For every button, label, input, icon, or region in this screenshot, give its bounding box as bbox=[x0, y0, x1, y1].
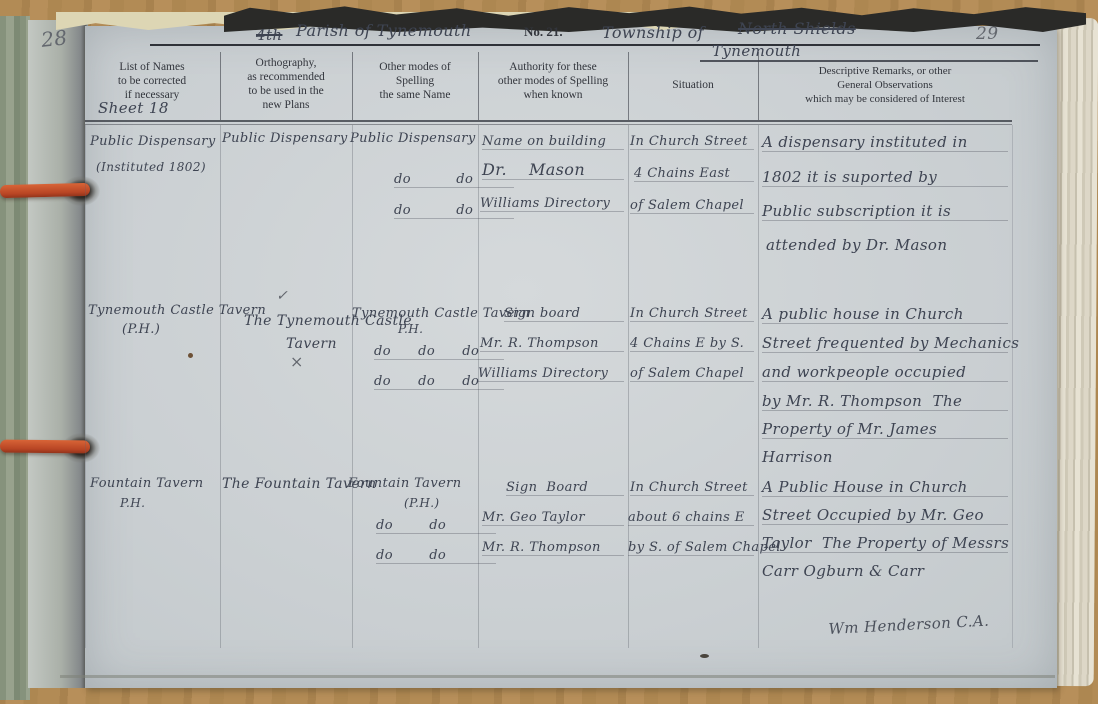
pencil-cross-mark: × bbox=[290, 352, 304, 371]
colhead-line: Orthography, bbox=[222, 56, 350, 70]
row1-name-line1: Public Dispensary bbox=[90, 134, 216, 149]
column-header-names: List of Names to be corrected if necessa… bbox=[88, 60, 216, 102]
header-bottom-rule-2 bbox=[85, 124, 1012, 125]
row2-situation-line3: of Salem Chapel bbox=[630, 366, 754, 382]
colhead-line: List of Names bbox=[88, 60, 216, 74]
row1-remarks-line2: 1802 it is suported by bbox=[762, 168, 1008, 187]
row3-name-line2: P.H. bbox=[120, 496, 145, 510]
row1-authority-line2: Dr. Mason bbox=[482, 160, 624, 180]
row2-authority-line1: Sign board bbox=[504, 306, 624, 322]
folio-number-right: 29 bbox=[976, 24, 998, 44]
row3-othermodes-line1: Fountain Tavern bbox=[348, 476, 462, 491]
row3-remarks-line3: Taylor The Property of Messrs bbox=[762, 534, 1008, 553]
row2-othermodes-line2: P.H. bbox=[398, 322, 423, 336]
row1-situation-line3: of Salem Chapel bbox=[630, 198, 754, 214]
paper-speck bbox=[700, 654, 709, 658]
row2-situation-line2: 4 Chains E by S. bbox=[630, 336, 754, 352]
column-rule-2 bbox=[352, 125, 353, 648]
colhead-line: the same Name bbox=[354, 88, 476, 102]
colhead-line: Other modes of bbox=[354, 60, 476, 74]
row3-remarks-line4: Carr Ogburn & Carr bbox=[762, 562, 924, 580]
header-top-rule bbox=[150, 44, 1040, 46]
red-lacing-cord-top bbox=[0, 183, 90, 198]
pencil-tick-mark: ✓ bbox=[276, 288, 288, 304]
township-label: Township of bbox=[602, 23, 704, 42]
header-divider-2 bbox=[352, 52, 353, 120]
column-header-orthography: Orthography, as recommended to be used i… bbox=[222, 56, 350, 112]
row2-remarks-line2: Street frequented by Mechanics bbox=[762, 334, 1008, 353]
row1-remarks-line4: attended by Dr. Mason bbox=[766, 236, 947, 254]
paper-speck bbox=[188, 353, 193, 358]
colhead-line: Authority for these bbox=[480, 60, 626, 74]
row2-authority-line2: Mr. R. Thompson bbox=[480, 336, 624, 352]
parish-title: Parish of Tynemouth bbox=[296, 21, 472, 40]
row2-remarks-line1: A public house in Church bbox=[762, 305, 1008, 324]
row3-remarks-line1: A Public House in Church bbox=[762, 478, 1008, 497]
township-corrected: Tynemouth bbox=[712, 42, 801, 60]
colhead-line: as recommended bbox=[222, 70, 350, 84]
township-underline-rule bbox=[700, 60, 1038, 62]
table-left-rule bbox=[85, 125, 86, 648]
colhead-line: new Plans bbox=[222, 98, 350, 112]
row1-authority-line3: Williams Directory bbox=[480, 196, 624, 212]
row1-remarks-line1: A dispensary instituted in bbox=[762, 133, 1008, 152]
table-right-rule bbox=[1012, 125, 1013, 648]
row3-othermodes-ditto2: do do bbox=[376, 548, 496, 564]
crossed-prefix: 4th bbox=[256, 26, 282, 44]
column-header-situation: Situation bbox=[630, 78, 756, 92]
column-rule-4 bbox=[628, 125, 629, 648]
column-rule-1 bbox=[220, 125, 221, 648]
header-divider-4 bbox=[628, 52, 629, 120]
row2-authority-line3: Williams Directory bbox=[478, 366, 624, 382]
header-divider-3 bbox=[478, 52, 479, 120]
row1-authority-line1: Name on building bbox=[482, 134, 624, 150]
colhead-line: to be used in the bbox=[222, 84, 350, 98]
row3-remarks-line2: Street Occupied by Mr. Geo bbox=[762, 506, 1008, 525]
folio-number-left: 28 bbox=[40, 25, 69, 52]
header-divider-1 bbox=[220, 52, 221, 120]
row2-remarks-line3: and workpeople occupied bbox=[762, 363, 1008, 382]
row3-situation-line1: In Church Street bbox=[630, 480, 754, 496]
colhead-line: Situation bbox=[630, 78, 756, 92]
column-header-other-modes: Other modes of Spelling the same Name bbox=[354, 60, 476, 102]
row2-situation-line1: In Church Street bbox=[630, 306, 754, 322]
sheet-number: No. 21. bbox=[524, 24, 563, 40]
colhead-line: General Observations bbox=[760, 78, 1010, 92]
row2-name-line1: Tynemouth Castle Tavern bbox=[88, 303, 266, 318]
row1-othermodes-line1: Public Dispensary bbox=[350, 131, 476, 146]
header-bottom-rule-1 bbox=[85, 120, 1012, 122]
book-cover-left-edge bbox=[0, 16, 30, 700]
document-page bbox=[85, 26, 1057, 688]
row3-authority-line2: Mr. Geo Taylor bbox=[482, 510, 624, 526]
colhead-line: when known bbox=[480, 88, 626, 102]
row1-remarks-line3: Public subscription it is bbox=[762, 202, 1008, 221]
row3-situation-line3: by S. of Salem Chapel bbox=[628, 540, 754, 556]
colhead-line: which may be considered of Interest bbox=[760, 92, 1010, 106]
row3-authority-line3: Mr. R. Thompson bbox=[482, 540, 624, 556]
red-lacing-cord-bottom bbox=[0, 440, 90, 454]
colhead-line: Descriptive Remarks, or other bbox=[760, 64, 1010, 78]
scanned-ledger-photo: 28 4th Parish of Tynemouth No. 21. Towns… bbox=[0, 0, 1098, 704]
row2-remarks-line4: by Mr. R. Thompson The bbox=[762, 392, 1008, 411]
row3-othermodes-ditto1: do do bbox=[376, 518, 496, 534]
row2-remarks-line5: Property of Mr. James bbox=[762, 420, 1008, 439]
header-divider-5 bbox=[758, 52, 759, 120]
township-old-crossed: North Shields bbox=[738, 19, 856, 38]
colhead-line: Spelling bbox=[354, 74, 476, 88]
colhead-line: other modes of Spelling bbox=[480, 74, 626, 88]
row1-name-line2: (Instituted 1802) bbox=[96, 160, 206, 174]
column-rule-5 bbox=[758, 125, 759, 648]
row1-situation-line1: In Church Street bbox=[630, 134, 754, 150]
binding-gutter bbox=[28, 20, 88, 688]
column-header-authority: Authority for these other modes of Spell… bbox=[480, 60, 626, 102]
row3-authority-line1: Sign Board bbox=[506, 480, 624, 496]
colhead-line: to be corrected bbox=[88, 74, 216, 88]
page-bottom-edge bbox=[60, 675, 1055, 678]
row2-orthography-line2: Tavern bbox=[286, 336, 337, 352]
row2-name-line2: (P.H.) bbox=[122, 322, 160, 337]
row3-situation-line2: about 6 chains E bbox=[628, 510, 754, 526]
row1-situation-line2: 4 Chains East bbox=[634, 166, 754, 182]
column-header-remarks: Descriptive Remarks, or other General Ob… bbox=[760, 64, 1010, 106]
row3-othermodes-line2: (P.H.) bbox=[404, 496, 440, 510]
row1-orthography-line1: Public Dispensary bbox=[222, 131, 348, 146]
row3-name-line1: Fountain Tavern bbox=[90, 476, 204, 491]
sheet-note: Sheet 18 bbox=[98, 99, 169, 117]
row2-remarks-line6: Harrison bbox=[762, 448, 833, 466]
